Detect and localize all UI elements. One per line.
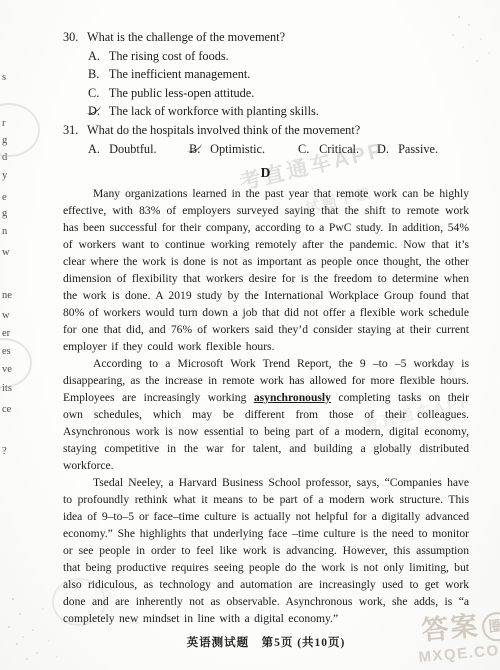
edge-fragment: s bbox=[2, 72, 6, 83]
option-30-d: D. The lack of workforce with planting s… bbox=[88, 102, 469, 121]
option-label-pen-marked: B. bbox=[189, 140, 207, 159]
option-text: The inefficient management. bbox=[109, 67, 250, 81]
option-text: Passive. bbox=[398, 142, 438, 156]
option-31-d: D. Passive. bbox=[377, 140, 438, 159]
paragraph-2: According to a Microsoft Work Trend Repo… bbox=[63, 355, 469, 474]
page-footer: 英语测试题 第5页 (共10页) bbox=[63, 634, 469, 650]
reading-passage: Many organizations learned in the past y… bbox=[63, 185, 469, 627]
edge-fragment: w bbox=[2, 310, 10, 321]
edge-fragment: w bbox=[2, 247, 10, 258]
edge-fragment: g bbox=[2, 208, 7, 219]
circular-stamp-watermark bbox=[0, 103, 40, 157]
scanned-test-page: srgdyegnwneweresveitsce? 考直通车APP 试题下载 考直… bbox=[0, 0, 500, 670]
edge-fragment: e bbox=[2, 192, 7, 203]
option-text: Critical. bbox=[319, 142, 359, 156]
edge-fragment: n bbox=[2, 226, 7, 237]
underlined-word: asynchronously bbox=[254, 391, 331, 404]
scan-noise bbox=[458, 16, 460, 18]
option-label: B. bbox=[88, 65, 106, 84]
option-text: The public less-open attitude. bbox=[109, 86, 254, 100]
section-d-heading: D bbox=[63, 165, 469, 181]
page-content: 30. What is the challenge of the movemen… bbox=[63, 28, 469, 650]
option-label: D. bbox=[377, 140, 395, 159]
edge-fragment: d bbox=[2, 152, 7, 163]
scan-noise bbox=[12, 598, 14, 600]
option-31-b: B. Optimistic. bbox=[189, 140, 298, 159]
option-text: Doubtful. bbox=[109, 142, 156, 156]
option-text: Optimistic. bbox=[210, 142, 265, 156]
option-30-a: A. The rising cost of foods. bbox=[88, 47, 469, 66]
edge-fragment: ve bbox=[2, 364, 12, 375]
edge-fragment: its bbox=[2, 383, 12, 394]
paragraph-3: Tsedal Neeley, a Harvard Business School… bbox=[63, 474, 469, 627]
option-30-c: C. The public less-open attitude. bbox=[88, 84, 469, 103]
edge-fragment: r bbox=[2, 118, 6, 129]
question-text: What do the hospitals involved think of … bbox=[87, 121, 469, 140]
edge-fragment: ne bbox=[2, 290, 12, 301]
edge-fragment: er bbox=[2, 328, 10, 339]
edge-fragment: es bbox=[2, 346, 11, 357]
question-30: 30. What is the challenge of the movemen… bbox=[63, 28, 469, 121]
option-31-c: C. Critical. bbox=[298, 140, 377, 159]
question-31: 31. What do the hospitals involved think… bbox=[63, 121, 469, 158]
option-label: C. bbox=[298, 140, 316, 159]
option-31-a: A. Doubtful. bbox=[88, 140, 189, 159]
option-text: The lack of workforce with planting skil… bbox=[109, 104, 319, 118]
option-text: The rising cost of foods. bbox=[109, 49, 229, 63]
edge-fragment: ce bbox=[2, 404, 11, 415]
edge-fragment: g bbox=[2, 135, 7, 146]
option-label: C. bbox=[88, 84, 106, 103]
option-label: A. bbox=[88, 47, 106, 66]
edge-fragment: y bbox=[2, 170, 7, 181]
question-number: 30. bbox=[63, 28, 87, 47]
option-label: A. bbox=[88, 140, 106, 159]
question-number: 31. bbox=[63, 121, 87, 140]
option-30-b: B. The inefficient management. bbox=[88, 65, 469, 84]
option-label-pen-marked: D. bbox=[88, 102, 106, 121]
paragraph-1: Many organizations learned in the past y… bbox=[63, 185, 469, 355]
question-text: What is the challenge of the movement? bbox=[87, 28, 469, 47]
edge-fragment: ? bbox=[2, 446, 7, 457]
logo-badge-icon: 圈 bbox=[481, 611, 500, 642]
